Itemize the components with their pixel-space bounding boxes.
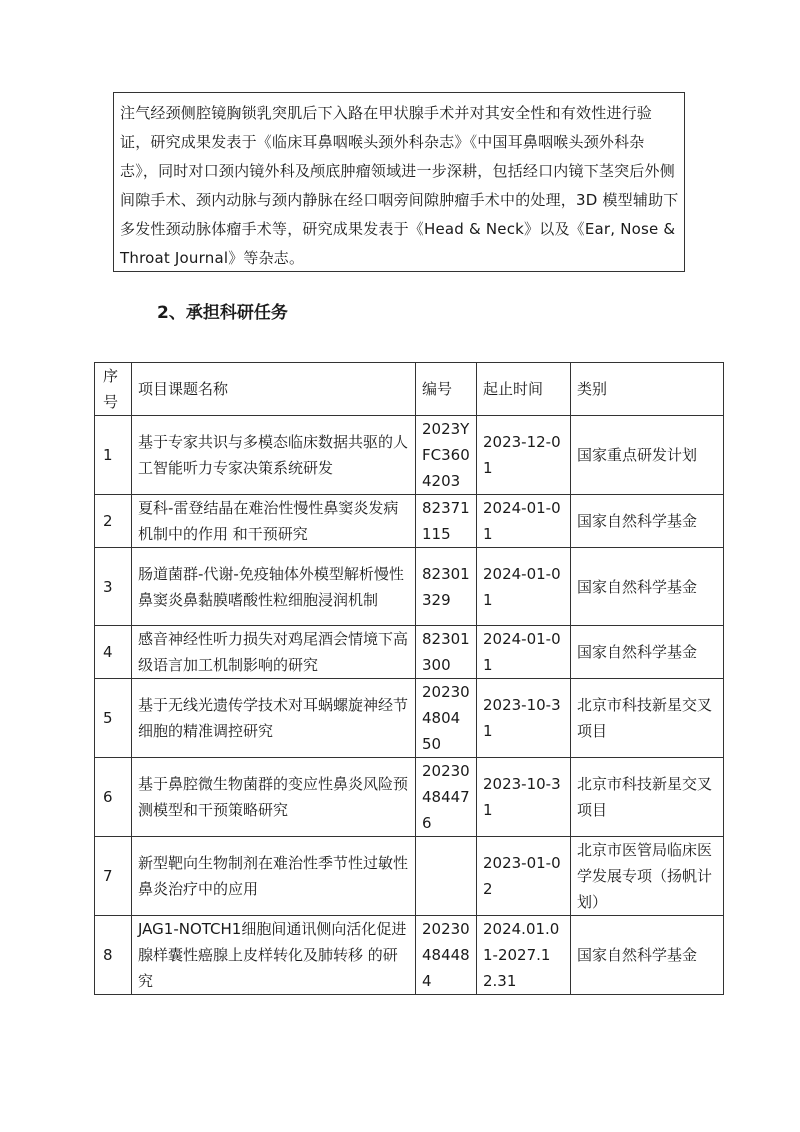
- cell-period: 2023-10-31: [477, 679, 571, 758]
- cell-category: 北京市医管局临床医学发展专项（扬帆计划）: [571, 837, 724, 916]
- cell-name: 基于专家共识与多模态临床数据共驱的人工智能听力专家决策系统研发: [132, 416, 416, 495]
- cell-category: 国家自然科学基金: [571, 626, 724, 679]
- cell-code: 202304804 50: [416, 679, 477, 758]
- cell-code: 82371115: [416, 495, 477, 548]
- table-row: 3肠道菌群-代谢-免疫轴体外模型解析慢性鼻窦炎鼻黏膜嗜酸性粒细胞浸润机制8230…: [95, 548, 724, 626]
- cell-name: 肠道菌群-代谢-免疫轴体外模型解析慢性鼻窦炎鼻黏膜嗜酸性粒细胞浸润机制: [132, 548, 416, 626]
- cell-period: 2023-10-31: [477, 758, 571, 837]
- cell-category: 国家自然科学基金: [571, 495, 724, 548]
- cell-seq: 4: [95, 626, 132, 679]
- cell-category: 国家自然科学基金: [571, 548, 724, 626]
- cell-category: 国家重点研发计划: [571, 416, 724, 495]
- cell-category: 国家自然科学基金: [571, 916, 724, 995]
- cell-category: 北京市科技新星交叉项目: [571, 679, 724, 758]
- cell-name: 感音神经性听力损失对鸡尾酒会情境下高级语言加工机制影响的研究: [132, 626, 416, 679]
- section-title: 2、承担科研任务: [157, 298, 288, 323]
- cell-code: 2023048448 4: [416, 916, 477, 995]
- cell-seq: 3: [95, 548, 132, 626]
- header-period: 起止时间: [477, 363, 571, 416]
- table-row: 6基于鼻腔微生物菌群的变应性鼻炎风险预测模型和干预策略研究2023048447 …: [95, 758, 724, 837]
- cell-period: 2024-01-01: [477, 548, 571, 626]
- cell-period: 2024-01-01: [477, 495, 571, 548]
- cell-code: 2023048447 6: [416, 758, 477, 837]
- cell-name: JAG1-NOTCH1细胞间通讯侧向活化促进腺样囊性癌腺上皮样转化及肺转移 的研…: [132, 916, 416, 995]
- cell-seq: 7: [95, 837, 132, 916]
- table-row: 5基于无线光遗传学技术对耳蜗螺旋神经节细胞的精准调控研究202304804 50…: [95, 679, 724, 758]
- table-header-row: 序号 项目课题名称 编号 起止时间 类别: [95, 363, 724, 416]
- table-row: 7新型靶向生物制剂在难治性季节性过敏性鼻炎治疗中的应用2023-01-02北京市…: [95, 837, 724, 916]
- cell-seq: 5: [95, 679, 132, 758]
- cell-period: 2023-01-02: [477, 837, 571, 916]
- cell-name: 基于鼻腔微生物菌群的变应性鼻炎风险预测模型和干预策略研究: [132, 758, 416, 837]
- cell-period: 2024.01.01-2027.12.31: [477, 916, 571, 995]
- cell-code: 2023YFC3604203: [416, 416, 477, 495]
- cell-name: 基于无线光遗传学技术对耳蜗螺旋神经节细胞的精准调控研究: [132, 679, 416, 758]
- cell-code: [416, 837, 477, 916]
- cell-seq: 1: [95, 416, 132, 495]
- cell-code: 82301300: [416, 626, 477, 679]
- table-row: 2夏科-雷登结晶在难治性慢性鼻窦炎发病机制中的作用 和干预研究823711152…: [95, 495, 724, 548]
- cell-seq: 2: [95, 495, 132, 548]
- header-code: 编号: [416, 363, 477, 416]
- research-projects-table: 序号 项目课题名称 编号 起止时间 类别 1基于专家共识与多模态临床数据共驱的人…: [94, 362, 724, 995]
- table-row: 4感音神经性听力损失对鸡尾酒会情境下高级语言加工机制影响的研究823013002…: [95, 626, 724, 679]
- table-row: 1基于专家共识与多模态临床数据共驱的人工智能听力专家决策系统研发2023YFC3…: [95, 416, 724, 495]
- header-name: 项目课题名称: [132, 363, 416, 416]
- table-row: 8JAG1-NOTCH1细胞间通讯侧向活化促进腺样囊性癌腺上皮样转化及肺转移 的…: [95, 916, 724, 995]
- cell-period: 2024-01-01: [477, 626, 571, 679]
- cell-name: 新型靶向生物制剂在难治性季节性过敏性鼻炎治疗中的应用: [132, 837, 416, 916]
- cell-name: 夏科-雷登结晶在难治性慢性鼻窦炎发病机制中的作用 和干预研究: [132, 495, 416, 548]
- cell-seq: 8: [95, 916, 132, 995]
- intro-text-box: 注气经颈侧腔镜胸锁乳突肌后下入路在甲状腺手术并对其安全性和有效性进行验证，研究成…: [113, 92, 685, 272]
- cell-period: 2023-12-01: [477, 416, 571, 495]
- cell-code: 82301329: [416, 548, 477, 626]
- cell-category: 北京市科技新星交叉项目: [571, 758, 724, 837]
- header-seq: 序号: [95, 363, 132, 416]
- header-category: 类别: [571, 363, 724, 416]
- cell-seq: 6: [95, 758, 132, 837]
- intro-paragraph: 注气经颈侧腔镜胸锁乳突肌后下入路在甲状腺手术并对其安全性和有效性进行验证，研究成…: [120, 99, 680, 273]
